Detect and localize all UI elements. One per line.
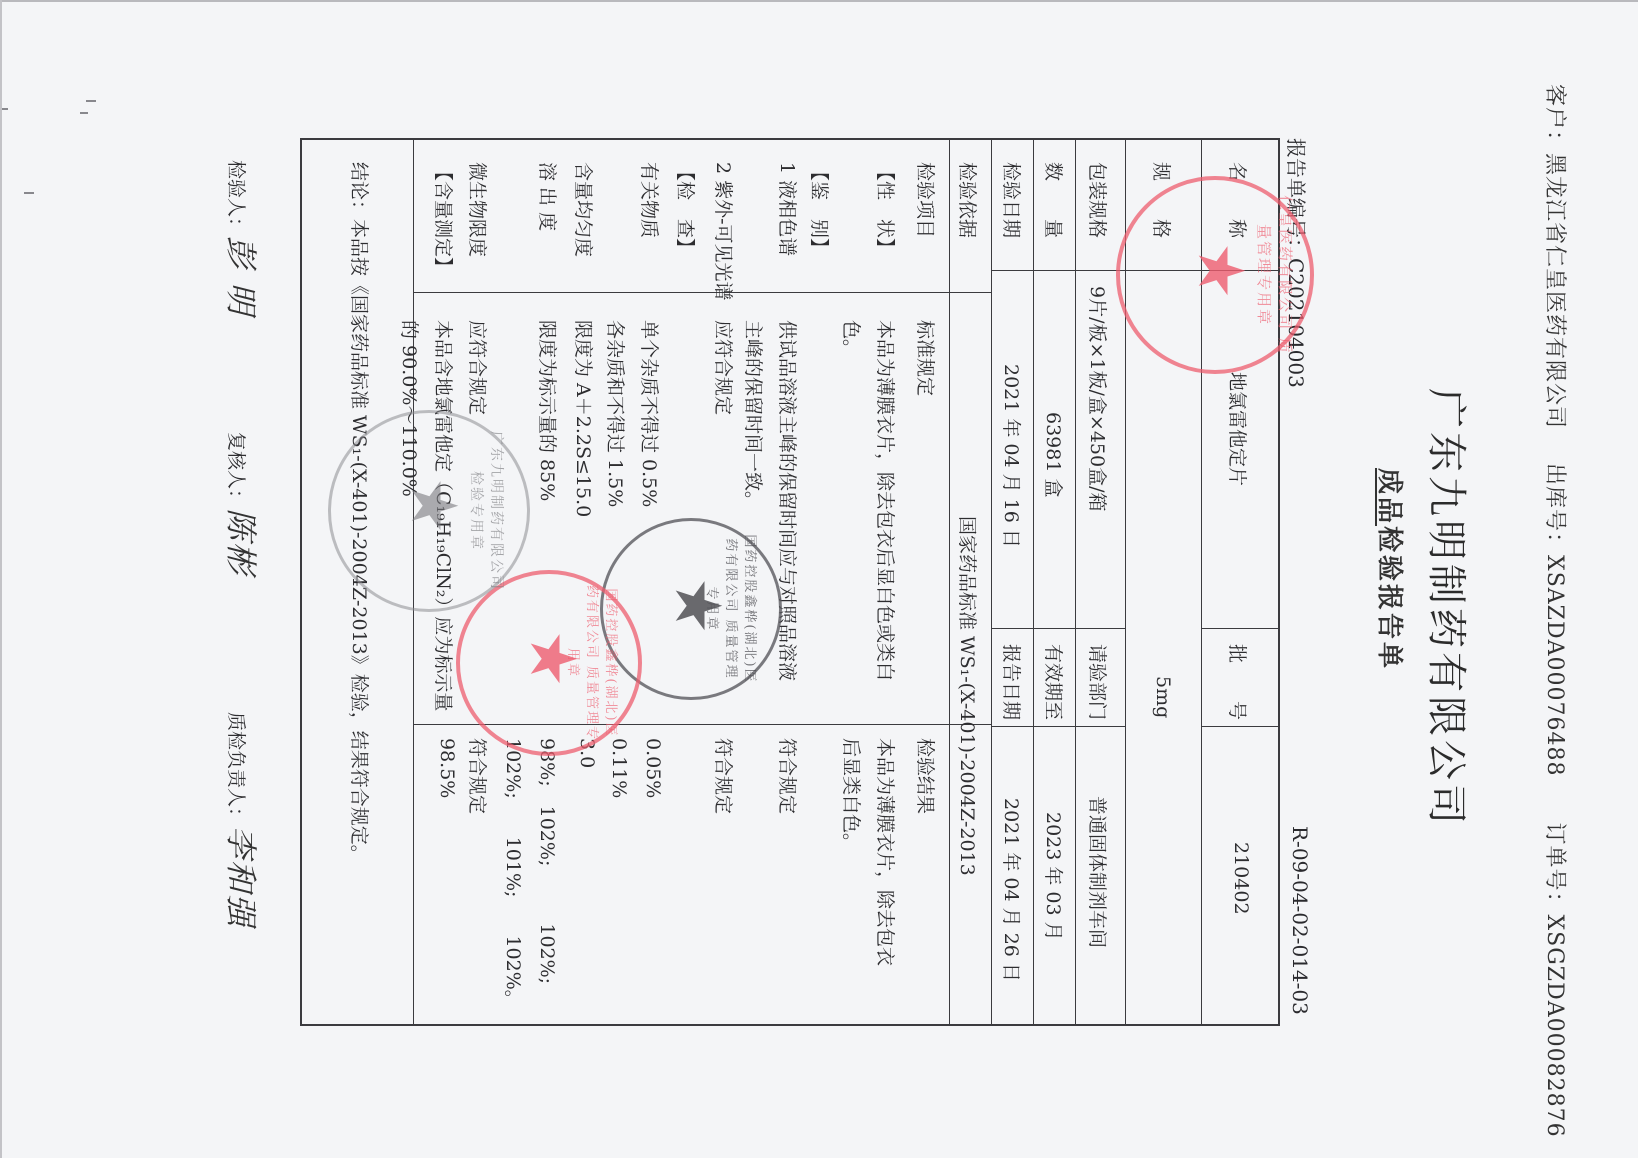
reviewer-signature: 复核人：陈彬: [220, 432, 266, 576]
outbound-label: 出库号：: [1542, 463, 1567, 555]
test-item: 溶 出 度: [535, 162, 562, 231]
seal-text: 国药控股鑫桦(湖北)医药有限公司 质量管理专用章: [704, 531, 761, 687]
test-item: 有关物质: [637, 162, 664, 238]
test-standard: 色。: [839, 320, 866, 358]
test-item: 【性 状】: [873, 162, 900, 257]
batch-number: 210402: [1230, 842, 1252, 915]
customer-name: 黑龙江省仁皇医药有限公司: [1542, 153, 1567, 429]
product-name: 地氯雷他定片: [1225, 372, 1252, 486]
test-standard: 限度为 A＋2.2S≤15.0: [571, 320, 598, 517]
qa-name: 李和强: [222, 826, 260, 928]
test-standard: 本品为薄膜衣片，除去包衣后显白色或类白: [873, 320, 900, 681]
qa-signature: 质检负责人：李和强: [220, 712, 266, 928]
test-standard: 应符合规定: [465, 320, 492, 415]
inspector-signature: 检验人：彭 明: [220, 160, 266, 316]
seal-star-icon: ★: [1188, 242, 1252, 299]
outbound-number: XSAZDA00076488: [1542, 555, 1567, 776]
title-rest: 检验报告单: [1374, 526, 1404, 671]
test-result: 后显类白色。: [839, 738, 866, 852]
gray-seal-manufacturer: ★ 广东九明制药有限公司 检验专用章: [328, 410, 530, 612]
report-date-label: 报告日期: [999, 644, 1026, 720]
seal-text: 仁皇医药有限公司 质量管理专用章: [1254, 190, 1296, 360]
dept-value: 普通固体制剂车间: [1085, 796, 1112, 948]
expiry-label: 有效期至: [1041, 644, 1068, 720]
customer-header: 客户：黑龙江省仁皇医药有限公司 出库号：XSAZDA00076488 订单号：X…: [1541, 84, 1572, 1138]
test-standard: 各杂质和不得过 1.5%: [603, 320, 630, 507]
qty-value: 63981 盒: [1041, 412, 1068, 497]
scan-speck: [24, 192, 34, 194]
basis-value: 国家药品标准 WS₁-(X-401)-2004Z-2013: [955, 516, 982, 876]
test-result: 102%; 101%; 102%。: [501, 738, 528, 1009]
pack-label: 包装规格: [1085, 162, 1112, 238]
test-result: 0.11%: [608, 738, 630, 798]
test-result: 符合规定: [775, 738, 802, 814]
test-standard: 应符合规定: [711, 320, 738, 415]
seal-text: 国药控股鑫桦(湖北)医药有限公司 质量管理专用章: [565, 584, 622, 742]
form-code: R-09-04-02-014-03: [1288, 826, 1312, 1015]
basis-label: 检验依据: [955, 162, 982, 238]
test-result: 98%; 102%; 102%;: [535, 738, 562, 984]
batch-label: 批 号: [1225, 644, 1252, 720]
expiry-value: 2023 年 03 月: [1041, 812, 1068, 941]
reviewer-name: 陈彬: [222, 508, 260, 576]
qa-label: 质检负责人：: [225, 712, 247, 826]
seal-star-icon: ★: [401, 477, 465, 534]
test-item: 1 液相色谱: [775, 162, 802, 256]
spec-value: 5mg: [1152, 676, 1174, 718]
test-item: 含量均匀度: [571, 162, 598, 257]
order-label: 订单号：: [1542, 822, 1567, 914]
test-result: 本品为薄膜衣片，除去包衣: [873, 738, 900, 966]
test-item: 【检 查】: [673, 162, 700, 257]
test-date-label: 检验日期: [999, 162, 1026, 238]
report-date-value: 2021 年 04 月 26 日: [999, 798, 1026, 982]
scan-speck: [80, 112, 88, 114]
dept-label: 请验部门: [1085, 644, 1112, 720]
test-standard: 单个杂质不得过 0.5%: [637, 320, 664, 507]
order-number: XSGZDA00082876: [1542, 914, 1567, 1137]
inspector-name: 彭 明: [222, 236, 260, 316]
test-result: 98.5%: [436, 738, 458, 798]
qty-label: 数 量: [1041, 162, 1068, 238]
title-underlined: 成品: [1374, 468, 1404, 526]
company-name: 广东九明制药有限公司: [1421, 388, 1478, 828]
col-item-header: 检验项目: [913, 162, 940, 238]
seal-text: 广东九明制药有限公司 检验专用章: [467, 425, 507, 597]
test-item: 【鉴 别】: [807, 162, 834, 257]
test-item: 【含量测定】: [431, 162, 458, 276]
reviewer-label: 复核人：: [225, 432, 247, 508]
test-result: 符合规定: [465, 738, 492, 814]
customer-label: 客户：: [1542, 84, 1567, 153]
inspector-label: 检验人：: [225, 160, 247, 236]
test-item: 微生物限度: [465, 162, 492, 257]
scan-speck: [2, 108, 8, 110]
test-date-value: 2021 年 04 月 16 日: [999, 364, 1026, 548]
inspection-report-page: 客户：黑龙江省仁皇医药有限公司 出库号：XSAZDA00076488 订单号：X…: [0, 0, 1638, 1158]
col-standard-header: 标准规定: [913, 320, 940, 396]
test-standard: 主峰的保留时间一致。: [741, 320, 768, 510]
red-seal-distributor: ★ 国药控股鑫桦(湖北)医药有限公司 质量管理专用章: [456, 570, 642, 756]
test-result: 符合规定: [711, 738, 738, 814]
col-result-header: 检验结果: [913, 738, 940, 814]
test-item: 2 紫外-可见光谱: [711, 162, 738, 301]
scan-speck: [86, 100, 96, 102]
test-result: 0.05%: [642, 738, 664, 798]
test-standard: 限度为标示量的 85%: [535, 320, 562, 501]
red-seal-customer: ★ 仁皇医药有限公司 质量管理专用章: [1116, 176, 1314, 374]
pack-value: 9片/板×1板/盒×450盒/箱: [1085, 286, 1112, 512]
document-title: 成品检验报告单: [1373, 468, 1410, 671]
